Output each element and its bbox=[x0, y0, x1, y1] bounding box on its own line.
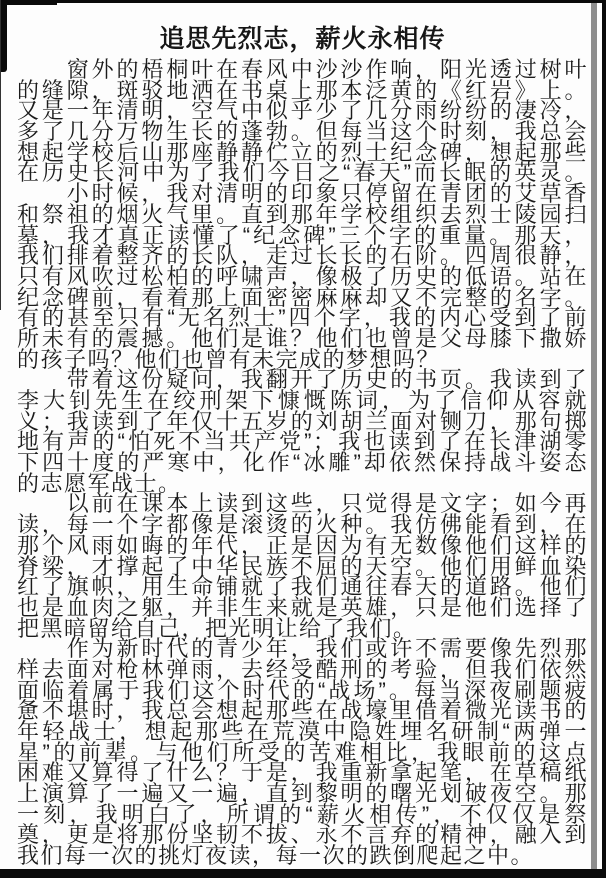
photo-corner-blob bbox=[0, 0, 7, 72]
paragraph: 窗外的梧桐叶在春风中沙沙作响，阳光透过树叶 的缝隙，斑驳地洒在书桌上那本泛黄的《… bbox=[17, 60, 588, 184]
photo-edge-left-line bbox=[0, 0, 1, 310]
photo-edge-top bbox=[0, 0, 606, 3]
photo-edge-bottom bbox=[0, 869, 606, 878]
document-photo: 追思先烈志，薪火永相传 窗外的梧桐叶在春风中沙沙作响，阳光透过树叶 的缝隙，斑驳… bbox=[0, 0, 606, 878]
photo-edge-top-left bbox=[0, 0, 57, 5]
paragraph: 作为新时代的青少年，我们或许不需要像先烈那 样去面对枪林弹雨，去经受酷刑的考验，… bbox=[17, 639, 588, 867]
paragraph: 以前在课本上读到这些，只觉得是文字；如今再 读，每一个字都像是滚烫的火种。我仿佛… bbox=[17, 494, 588, 639]
page-edge-shadow bbox=[591, 0, 597, 878]
paragraph: 带着这份疑问，我翻开了历史的书页。我读到了 李大钊先生在绞刑架下慷慨陈词，为了信… bbox=[17, 370, 588, 494]
paragraph: 小时候，我对清明的印象只停留在青团的艾草香 和祭祖的烟火气里。直到那年学校组织去… bbox=[17, 184, 588, 370]
essay-title: 追思先烈志，薪火永相传 bbox=[17, 24, 588, 55]
text-line: 我们每一次的挑灯夜读，每一次的跌倒爬起之中。 bbox=[17, 846, 588, 867]
photo-edge-right bbox=[602, 0, 606, 878]
essay-page: 追思先烈志，薪火永相传 窗外的梧桐叶在春风中沙沙作响，阳光透过树叶 的缝隙，斑驳… bbox=[17, 0, 588, 867]
